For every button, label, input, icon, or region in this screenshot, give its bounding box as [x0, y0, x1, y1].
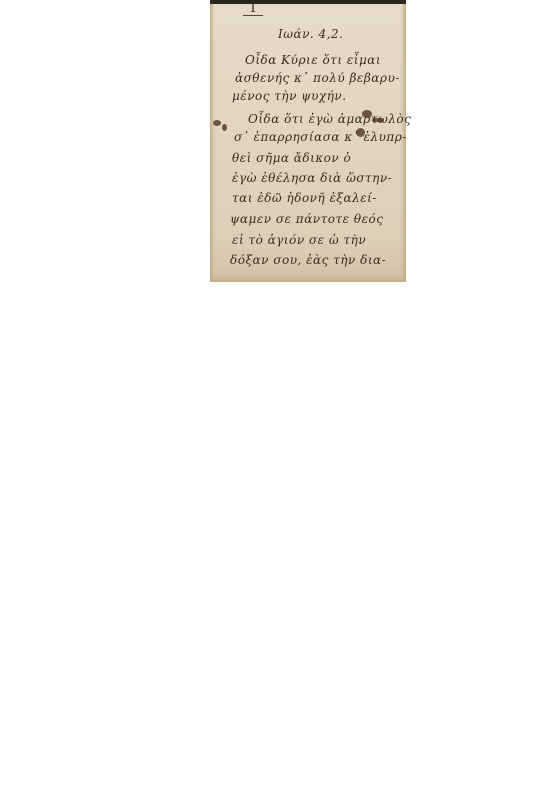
- ink-stain: [222, 124, 227, 131]
- text-line-9: ψαμεν σε πάντοτε θεός: [230, 212, 383, 226]
- ink-stain: [356, 128, 365, 137]
- text-line-10: εἰ τὸ ἁγιόν σε ὡ τὴν: [232, 233, 366, 247]
- heading-reference: Ιωάν. 4,2.: [278, 27, 343, 41]
- text-line-6: θεὶ σῆμα ἄδικον ὁ: [232, 151, 351, 165]
- top-binding-strip: [210, 0, 406, 4]
- ink-stain: [213, 120, 221, 126]
- ink-stain: [362, 110, 372, 118]
- page-number: 1: [243, 3, 263, 16]
- ink-stain: [372, 118, 384, 122]
- text-line-11: δόξαν σου, ἐὰς τὴν δια-: [230, 253, 386, 267]
- bottom-page-edge: [210, 274, 406, 282]
- text-line-5: σ᾽ ἐπαρρησίασα κ᾽ ἐλυπρ-: [234, 130, 407, 144]
- text-line-3: μένος τὴν ψυχήν.: [232, 89, 347, 103]
- text-line-8: ται ἐδῶ ἡδονῆ ἐξαλεί-: [232, 191, 377, 205]
- left-page-edge: [210, 4, 214, 282]
- manuscript-page: 1 Ιωάν. 4,2. Οἶδα Κύριε ὅτι εἶμαι ἀσθενή…: [210, 0, 406, 282]
- text-line-1: Οἶδα Κύριε ὅτι εἶμαι: [245, 53, 381, 67]
- text-line-2: ἀσθενής κ᾽ πολύ βεβαρυ-: [235, 71, 400, 85]
- text-line-4: Οἶδα ὅτι ἐγὼ ἁμαρτωλὸς: [248, 112, 411, 126]
- text-line-7: ἐγὼ ἐθέλησα διὰ ὥστην-: [232, 171, 392, 185]
